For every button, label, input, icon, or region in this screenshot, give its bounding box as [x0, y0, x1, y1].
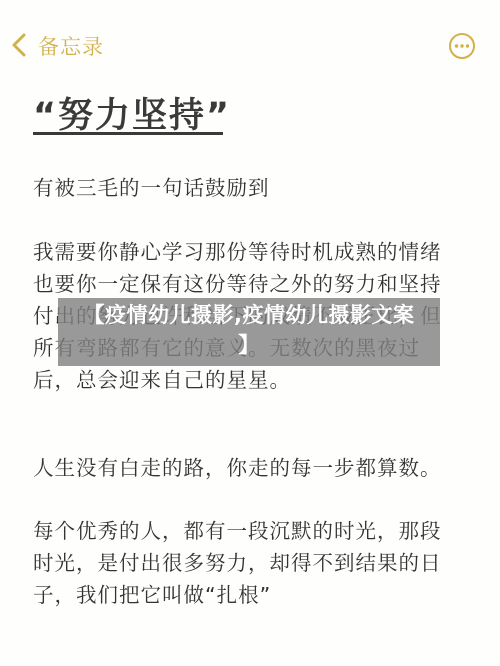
text-line: 每个优秀的人，都有一段沉默的时光，那段: [33, 515, 473, 547]
note-paragraph-4: 每个优秀的人，都有一段沉默的时光，那段 时光，是付出很多努力，却得不到结果的日 …: [33, 515, 473, 611]
text-line: 我需要你静心学习那份等待时机成熟的情绪: [33, 236, 473, 268]
more-ellipsis-icon: [448, 45, 476, 64]
notes-app-screen: 备忘录 “努力坚持” 有被三毛的一句话鼓励到 我需要你静心学习那份等待时机成熟的…: [0, 0, 500, 666]
more-button[interactable]: [448, 32, 476, 60]
text-line: 后，总会迎来自己的星星。: [33, 364, 473, 396]
note-title: “努力坚持”: [33, 95, 231, 137]
back-button[interactable]: 备忘录: [10, 32, 104, 62]
caption-overlay-text: 【疫情幼儿摄影,疫情幼儿摄影文案 】: [58, 300, 440, 360]
text-line: 有被三毛的一句话鼓励到: [33, 172, 473, 204]
caption-line-1: 【疫情幼儿摄影,疫情幼儿摄影文案: [58, 300, 440, 330]
text-line: 时光，是付出很多努力，却得不到结果的日: [33, 547, 473, 579]
title-underline: [33, 132, 223, 135]
chevron-left-icon: [10, 33, 28, 61]
text-line: 人生没有白走的路，你走的每一步都算数。: [33, 452, 473, 484]
text-line: 子，我们把它叫做“扎根”: [33, 579, 473, 611]
note-paragraph-3: 人生没有白走的路，你走的每一步都算数。: [33, 452, 473, 484]
text-line: 也要你一定保有这份等待之外的努力和坚持: [33, 268, 473, 300]
caption-line-2: 】: [58, 330, 440, 360]
nav-bar: 备忘录: [0, 0, 500, 90]
back-label: 备忘录: [38, 32, 104, 62]
note-paragraph-1: 有被三毛的一句话鼓励到: [33, 172, 473, 204]
